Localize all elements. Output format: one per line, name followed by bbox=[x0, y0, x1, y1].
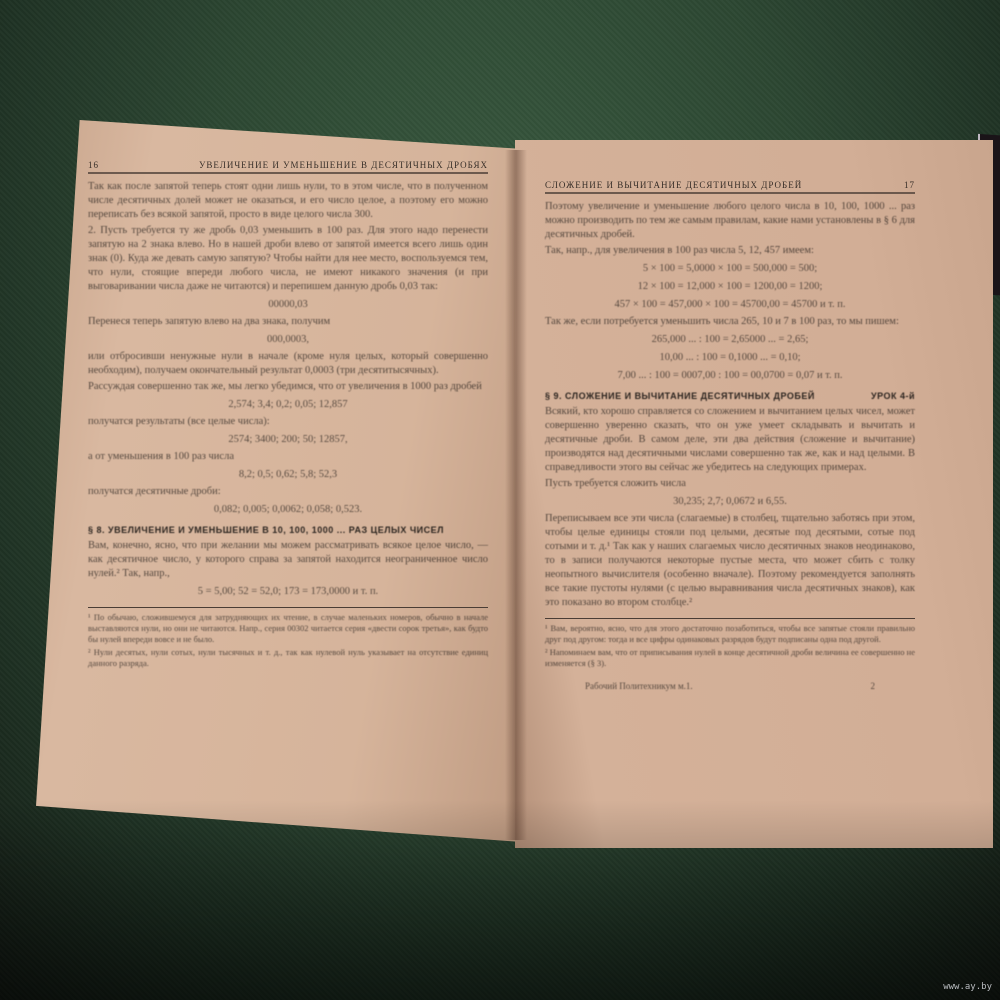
left-page-number: 16 bbox=[88, 160, 99, 170]
paragraph: Поэтому увеличение и уменьшение любого ц… bbox=[545, 200, 915, 242]
right-running-title: СЛОЖЕНИЕ И ВЫЧИТАНИЕ ДЕСЯТИЧНЫХ ДРОБЕЙ bbox=[545, 180, 802, 190]
right-page-number: 17 bbox=[904, 180, 915, 190]
watermark: www.ay.by bbox=[943, 982, 992, 992]
right-footnotes: ¹ Вам, вероятно, ясно, что для этого дос… bbox=[545, 618, 915, 669]
formula: 2574; 3400; 200; 50; 12857, bbox=[88, 432, 488, 447]
formula: 0,082; 0,005; 0,0062; 0,058; 0,523. bbox=[88, 502, 488, 517]
footnote: ¹ Вам, вероятно, ясно, что для этого дос… bbox=[545, 623, 915, 645]
formula: 12 × 100 = 12,000 × 100 = 1200,00 = 1200… bbox=[545, 279, 915, 294]
formula: 8,2; 0,5; 0,62; 5,8; 52,3 bbox=[88, 467, 488, 482]
formula: 5 × 100 = 5,0000 × 100 = 500,000 = 500; bbox=[545, 261, 915, 276]
paragraph: Пусть требуется сложить числа bbox=[545, 477, 915, 491]
paragraph: 2. Пусть требуется ту же дробь 0,03 умен… bbox=[88, 224, 488, 294]
formula: 000,0003, bbox=[88, 332, 488, 347]
paragraph: Перенеся теперь запятую влево на два зна… bbox=[88, 315, 488, 329]
formula: 30,235; 2,7; 0,0672 и 6,55. bbox=[545, 494, 915, 509]
paragraph: а от уменьшения в 100 раз числа bbox=[88, 450, 488, 464]
bottom-shadow bbox=[0, 800, 1000, 1000]
formula: 10,00 ... : 100 = 0,1000 ... = 0,10; bbox=[545, 350, 915, 365]
right-page-content: СЛОЖЕНИЕ И ВЫЧИТАНИЕ ДЕСЯТИЧНЫХ ДРОБЕЙ 1… bbox=[545, 180, 915, 691]
footnote: ¹ По обычаю, сложившемуся для затрудняющ… bbox=[88, 612, 488, 645]
formula: 5 = 5,00; 52 = 52,0; 173 = 173,0000 и т.… bbox=[88, 584, 488, 599]
page-signature-line: Рабочий Политехникум м.1. 2 bbox=[545, 681, 915, 691]
footnote: ² Нули десятых, нули сотых, нули тысячны… bbox=[88, 647, 488, 669]
left-footnotes: ¹ По обычаю, сложившемуся для затрудняющ… bbox=[88, 607, 488, 669]
formula: 457 × 100 = 457,000 × 100 = 45700,00 = 4… bbox=[545, 297, 915, 312]
paragraph: Переписываем все эти числа (слагаемые) в… bbox=[545, 512, 915, 610]
paragraph: Так же, если потребуется уменьшить числа… bbox=[545, 315, 915, 329]
signature: Рабочий Политехникум м.1. bbox=[585, 681, 693, 691]
formula: 265,000 ... : 100 = 2,65000 ... = 2,65; bbox=[545, 332, 915, 347]
paragraph: Вам, конечно, ясно, что при желании мы м… bbox=[88, 539, 488, 581]
book-spine bbox=[505, 150, 527, 840]
lesson-tag: УРОК 4-й bbox=[871, 391, 915, 401]
right-running-head: СЛОЖЕНИЕ И ВЫЧИТАНИЕ ДЕСЯТИЧНЫХ ДРОБЕЙ 1… bbox=[545, 180, 915, 194]
paragraph: Так, напр., для увеличения в 100 раз чис… bbox=[545, 244, 915, 258]
paragraph: Так как после запятой теперь стоят одни … bbox=[88, 180, 488, 222]
section-title: § 9. СЛОЖЕНИЕ И ВЫЧИТАНИЕ ДЕСЯТИЧНЫХ ДРО… bbox=[545, 391, 915, 401]
sheet-mark: 2 bbox=[871, 681, 876, 691]
paragraph: получатся результаты (все целые числа): bbox=[88, 415, 488, 429]
paragraph: получатся десятичные дроби: bbox=[88, 485, 488, 499]
paragraph: Рассуждая совершенно так же, мы легко уб… bbox=[88, 380, 488, 394]
formula: 2,574; 3,4; 0,2; 0,05; 12,857 bbox=[88, 397, 488, 412]
formula: 00000,03 bbox=[88, 297, 488, 312]
footnote: ² Напоминаем вам, что от приписывания ну… bbox=[545, 647, 915, 669]
left-page-content: 16 УВЕЛИЧЕНИЕ И УМЕНЬШЕНИЕ В ДЕСЯТИЧНЫХ … bbox=[88, 160, 488, 671]
formula: 7,00 ... : 100 = 0007,00 : 100 = 00,0700… bbox=[545, 368, 915, 383]
paragraph: Всякий, кто хорошо справляется со сложен… bbox=[545, 405, 915, 475]
left-running-title: УВЕЛИЧЕНИЕ И УМЕНЬШЕНИЕ В ДЕСЯТИЧНЫХ ДРО… bbox=[199, 160, 488, 170]
paragraph: или отбросивши ненужные нули в начале (к… bbox=[88, 350, 488, 378]
section-title: § 8. УВЕЛИЧЕНИЕ И УМЕНЬШЕНИЕ В 10, 100, … bbox=[88, 525, 488, 535]
left-running-head: 16 УВЕЛИЧЕНИЕ И УМЕНЬШЕНИЕ В ДЕСЯТИЧНЫХ … bbox=[88, 160, 488, 174]
